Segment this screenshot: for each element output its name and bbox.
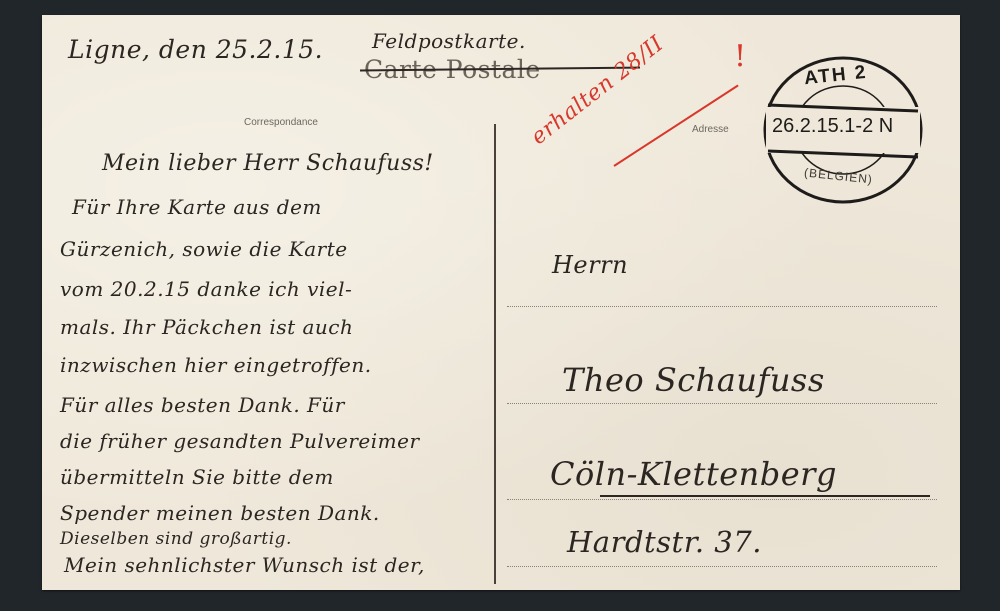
address-dotted-line xyxy=(507,499,937,500)
message-line: Dieselben sind großartig. xyxy=(60,529,292,549)
message-line: inzwischen hier eingetroffen. xyxy=(60,353,372,377)
address-name: Theo Schaufuss xyxy=(562,361,825,399)
place-date: Ligne, den 25.2.15. xyxy=(68,35,323,64)
message-line: Spender meinen besten Dank. xyxy=(60,501,380,525)
address-city: Cöln-Klettenberg xyxy=(550,455,837,493)
message-line: Für Ihre Karte aus dem xyxy=(72,195,322,219)
address-dotted-line xyxy=(507,306,937,307)
correspondence-label: Correspondance xyxy=(244,117,318,128)
city-underline xyxy=(600,495,930,497)
message-line: Mein lieber Herr Schaufuss! xyxy=(102,151,434,176)
address-dotted-line xyxy=(507,403,937,404)
received-note: erhalten 28/II xyxy=(527,31,669,150)
message-line: Gürzenich, sowie die Karte xyxy=(60,237,348,261)
message-line: übermitteln Sie bitte dem xyxy=(60,465,334,489)
postmark: ATH 2 26.2.15.1-2 N (BELGIEN) xyxy=(762,55,924,205)
address-label: Adresse xyxy=(692,124,729,135)
postmark-date: 26.2.15.1-2 N xyxy=(772,115,893,138)
address-street: Hardtstr. 37. xyxy=(567,525,762,559)
address-dotted-line xyxy=(507,566,937,567)
postcard: Ligne, den 25.2.15. Feldpostkarte. Carte… xyxy=(42,15,960,590)
message-line: die früher gesandten Pulvereimer xyxy=(60,429,420,453)
message-line: mals. Ihr Päckchen ist auch xyxy=(60,315,353,339)
message-line: Für alles besten Dank. Für xyxy=(60,393,345,417)
card-type-handwritten: Feldpostkarte. xyxy=(372,29,526,53)
address-salutation: Herrn xyxy=(552,251,628,279)
message-line: vom 20.2.15 danke ich viel- xyxy=(60,277,352,301)
divider-line xyxy=(494,124,496,584)
message-line: Mein sehnlichster Wunsch ist der, xyxy=(64,553,425,577)
received-exclamation: ! xyxy=(734,39,747,74)
